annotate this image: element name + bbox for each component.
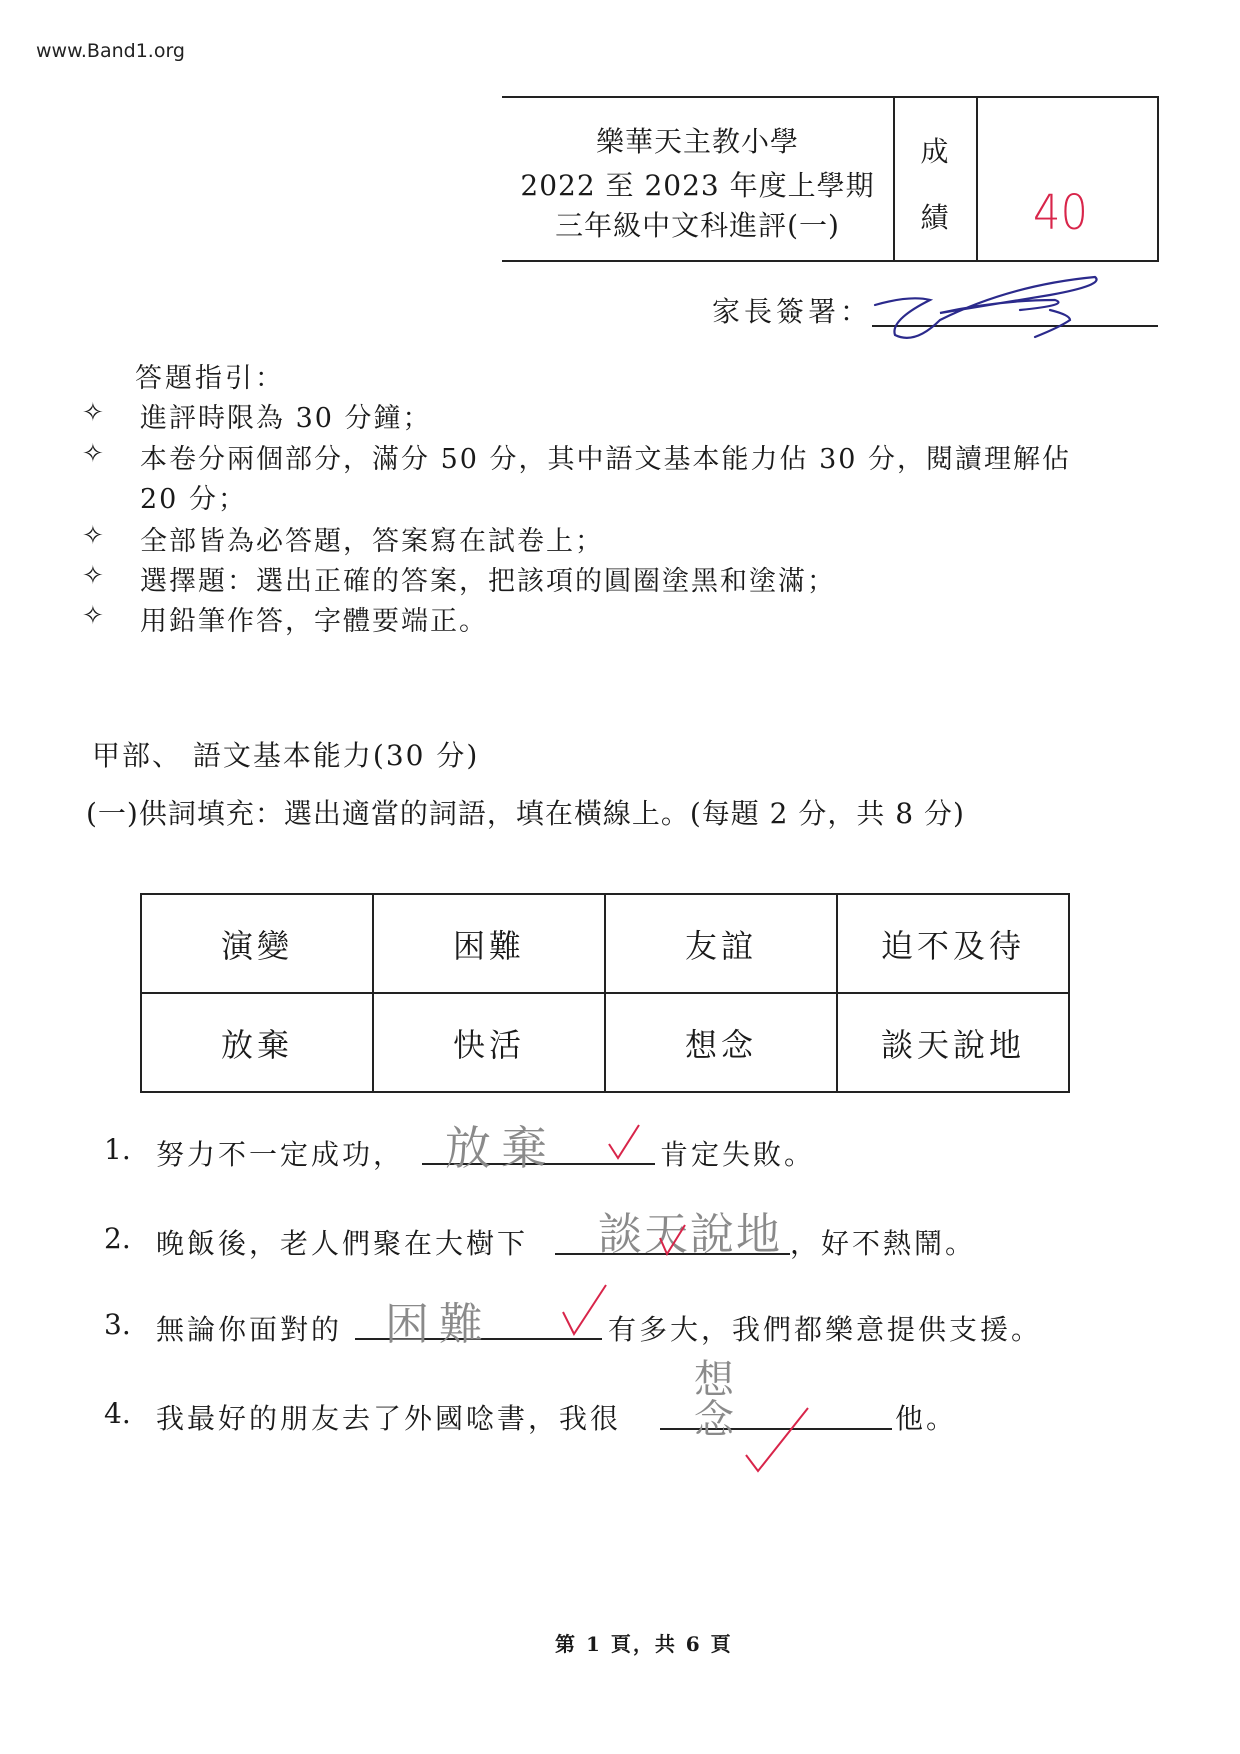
checkmark-icon: [560, 1282, 610, 1338]
question-text-before: 無論你面對的: [156, 1308, 342, 1348]
word-bank-cell: 困難: [373, 894, 605, 993]
question-number: 2.: [104, 1222, 131, 1255]
signature-scribble-icon: [870, 265, 1110, 345]
handwritten-answer: 想念: [694, 1360, 746, 1440]
question-text-after: 他。: [895, 1397, 957, 1437]
header-box-top-border: [502, 96, 1158, 98]
school-term: 2022 至 2023 年度上學期: [502, 164, 893, 204]
word-bank-cell: 友誼: [605, 894, 837, 993]
bullet-icon: ✧: [82, 398, 104, 428]
word-bank-cell: 談天說地: [837, 993, 1069, 1092]
checkmark-icon: [606, 1122, 642, 1162]
header-box-right-border: [1157, 96, 1159, 262]
word-bank-cell: 想念: [605, 993, 837, 1092]
question-text-after: 肯定失敗。: [660, 1133, 815, 1173]
grade-label: 績: [893, 196, 976, 236]
bullet-icon: ✧: [82, 521, 104, 551]
instruction-item: 進評時限為 30 分鐘；: [140, 396, 432, 435]
exam-title: 三年級中文科進評(一): [502, 204, 893, 244]
instruction-item: 選擇題：選出正確的答案，把該項的圓圈塗黑和塗滿；: [140, 559, 836, 598]
word-bank-cell: 演變: [141, 894, 373, 993]
instruction-item: 本卷分兩個部分，滿分 50 分，其中語文基本能力佔 30 分，閱讀理解佔: [140, 437, 1071, 476]
bullet-icon: ✧: [82, 601, 104, 631]
grade-score: 40: [1033, 185, 1088, 241]
section-title: 甲部、 語文基本能力(30 分): [92, 734, 479, 774]
handwritten-answer: 放棄: [445, 1112, 557, 1178]
word-bank-table: 演變 困難 友誼 迫不及待 放棄 快活 想念 談天說地: [140, 893, 1070, 1093]
question-text-after: ，好不熱鬧。: [790, 1222, 976, 1262]
subsection-title: (一)供詞填充：選出適當的詞語，填在橫線上。(每題 2 分，共 8 分): [86, 792, 965, 832]
bullet-icon: ✧: [82, 561, 104, 591]
grade-label: 成: [893, 130, 976, 170]
header-box-bottom-border: [502, 260, 1158, 262]
instructions-heading: 答題指引：: [135, 356, 285, 395]
bullet-icon: ✧: [82, 439, 104, 469]
word-bank-row: 演變 困難 友誼 迫不及待: [141, 894, 1069, 993]
parent-signature-label: 家長簽署：: [712, 290, 872, 330]
watermark: www.Band1.org: [36, 40, 185, 62]
question-text-after: 有多大，我們都樂意提供支援。: [608, 1308, 1042, 1348]
question-number: 4.: [104, 1397, 131, 1430]
school-name: 樂華天主教小學: [502, 120, 893, 160]
instruction-item: 20 分；: [140, 477, 247, 516]
page-footer: 第 1 頁，共 6 頁: [555, 1628, 733, 1657]
question-number: 3.: [104, 1308, 131, 1341]
question-text-before: 努力不一定成功，: [156, 1133, 404, 1173]
question-text-before: 晚飯後，老人們聚在大樹下: [156, 1222, 528, 1262]
question-number: 1.: [104, 1133, 131, 1166]
instruction-item: 全部皆為必答題，答案寫在試卷上；: [140, 519, 604, 558]
checkmark-icon: [742, 1405, 812, 1475]
checkmark-icon: [657, 1222, 687, 1256]
word-bank-cell: 快活: [373, 993, 605, 1092]
header-divider: [893, 96, 895, 262]
handwritten-answer: 困難: [385, 1288, 493, 1352]
header-divider: [976, 96, 978, 262]
word-bank-row: 放棄 快活 想念 談天說地: [141, 993, 1069, 1092]
question-text-before: 我最好的朋友去了外國唸書，我很: [156, 1397, 621, 1437]
handwritten-answer: 談天說地: [598, 1198, 782, 1262]
instruction-item: 用鉛筆作答，字體要端正。: [140, 599, 488, 638]
word-bank-cell: 迫不及待: [837, 894, 1069, 993]
word-bank-cell: 放棄: [141, 993, 373, 1092]
